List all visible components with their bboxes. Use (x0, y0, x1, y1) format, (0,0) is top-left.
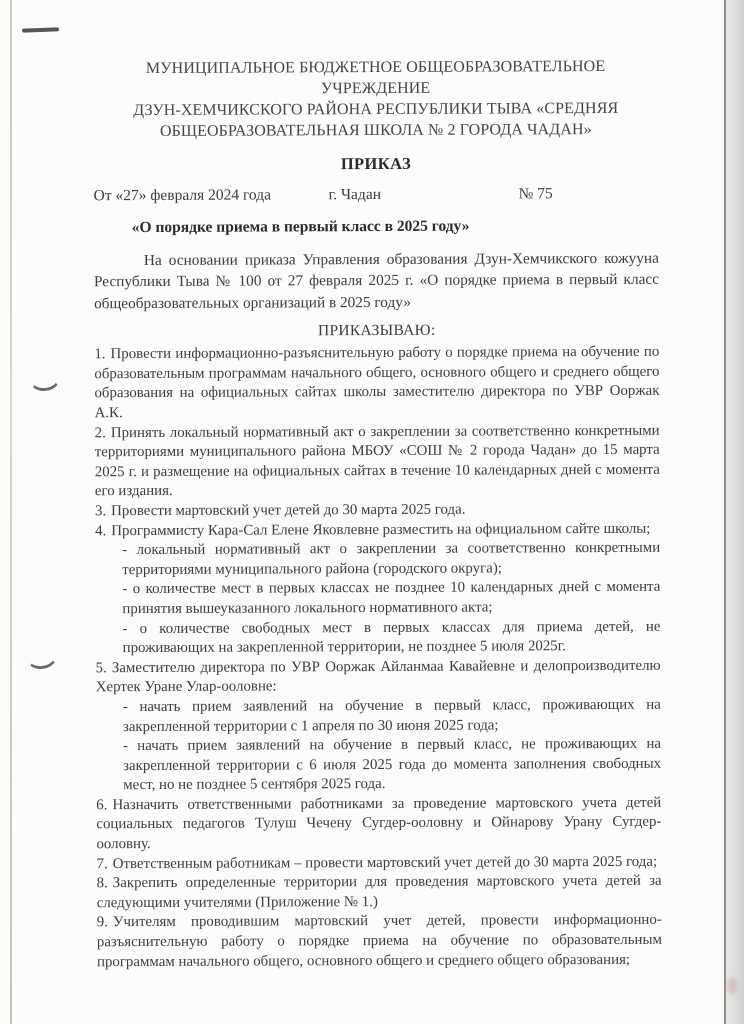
item-number: 7. (96, 856, 107, 872)
order-document: МУНИЦИПАЛЬНОЕ БЮДЖЕТНОЕ ОБЩЕОБРАЗОВАТЕЛЬ… (93, 56, 662, 973)
item-number: 6. (96, 797, 107, 813)
pen-curve-mark-bottom (24, 642, 58, 671)
resolution-label: ПРИКАЗЫВАЮ: (94, 320, 659, 342)
item-number: 1. (94, 346, 105, 362)
order-item-6: 6.Назначить ответственными работниками з… (96, 794, 661, 855)
order-item-3: 3.Провести мартовский учет детей до 30 м… (95, 500, 660, 522)
order-date: От «27» февраля 2024 года (94, 186, 271, 204)
order-item-7: 7.Ответственным работникам – провести ма… (96, 852, 661, 874)
order-item-4-sub-2: - о количестве мест в первых классах не … (95, 578, 660, 620)
scanned-order-page: МУНИЦИПАЛЬНОЕ БЮДЖЕТНОЕ ОБЩЕОБРАЗОВАТЕЛЬ… (0, 0, 744, 1024)
order-item-1: 1.Провести информационно-разъяснительную… (94, 343, 659, 424)
item-number: 9. (97, 915, 108, 931)
order-basis-paragraph: На основании приказа Управления образова… (94, 248, 659, 315)
scan-left-edge-line (10, 0, 12, 1024)
item-text: Назначить ответственными работниками за … (96, 795, 661, 853)
order-item-9: 9.Учителям проводившим мартовский учет д… (97, 911, 662, 972)
item-text: Принять локальный нормативный акт о закр… (95, 422, 660, 499)
order-items-list: 1.Провести информационно-разъяснительную… (94, 343, 662, 972)
order-item-4-sub-3: - о количестве свободных мест в первых к… (95, 617, 660, 659)
scan-smudge-mark (727, 978, 737, 994)
item-number: 2. (95, 425, 106, 441)
organization-name-line-2: ДЗУН-ХЕМЧИКСКОГО РАЙОНА РЕСПУБЛИКИ ТЫВА … (93, 98, 658, 121)
organization-name: МУНИЦИПАЛЬНОЕ БЮДЖЕТНОЕ ОБЩЕОБРАЗОВАТЕЛЬ… (93, 56, 658, 142)
pen-curve-mark-top (28, 364, 61, 392)
order-item-5: 5.Заместителю директора по УВР Ооржак Ай… (96, 656, 661, 698)
item-text: Провести информационно-разъяснительную р… (94, 344, 659, 421)
item-text: Закрепить определенные территории для пр… (97, 873, 662, 911)
order-place: г. Чадан (329, 184, 381, 205)
item-text: Провести мартовский учет детей до 30 мар… (111, 502, 465, 520)
order-meta-row: От «27» февраля 2024 года г. Чадан № 75 (94, 183, 659, 206)
item-number: 3. (95, 503, 106, 519)
organization-name-line-1: МУНИЦИПАЛЬНОЕ БЮДЖЕТНОЕ ОБЩЕОБРАЗОВАТЕЛЬ… (93, 56, 658, 100)
document-title: ПРИКАЗ (93, 152, 658, 176)
organization-name-line-3: ОБЩЕОБРАЗОВАТЕЛЬНАЯ ШКОЛА № 2 ГОРОДА ЧАД… (93, 119, 658, 142)
order-item-8: 8.Закрепить определенные территории для … (97, 872, 662, 914)
item-text: Ответственным работникам – провести март… (113, 853, 657, 871)
scan-right-edge-shadow (724, 0, 744, 1024)
order-number: № 75 (519, 183, 553, 204)
pen-dash-mark (22, 27, 59, 32)
order-item-4-sub-1: - локальный нормативный акт о закреплени… (95, 539, 660, 581)
order-item-5-sub-1: - начать прием заявлений на обучение в п… (96, 696, 661, 738)
order-item-4: 4.Программисту Кара-Сал Елене Яковлевне … (95, 519, 660, 541)
order-item-2: 2.Принять локальный нормативный акт о за… (95, 421, 660, 502)
order-subject: «О порядке приема в первый класс в 2025 … (94, 215, 659, 238)
item-text: Учителям проводившим мартовский учет дет… (97, 912, 662, 970)
order-item-5-sub-2: - начать прием заявлений на обучение в п… (96, 735, 661, 796)
item-number: 5. (96, 660, 107, 676)
item-number: 4. (95, 523, 106, 539)
item-text: Заместителю директора по УВР Ооржак Айла… (96, 657, 661, 695)
item-number: 8. (97, 875, 108, 891)
item-text: Программисту Кара-Сал Елене Яковлевне ра… (111, 520, 650, 538)
